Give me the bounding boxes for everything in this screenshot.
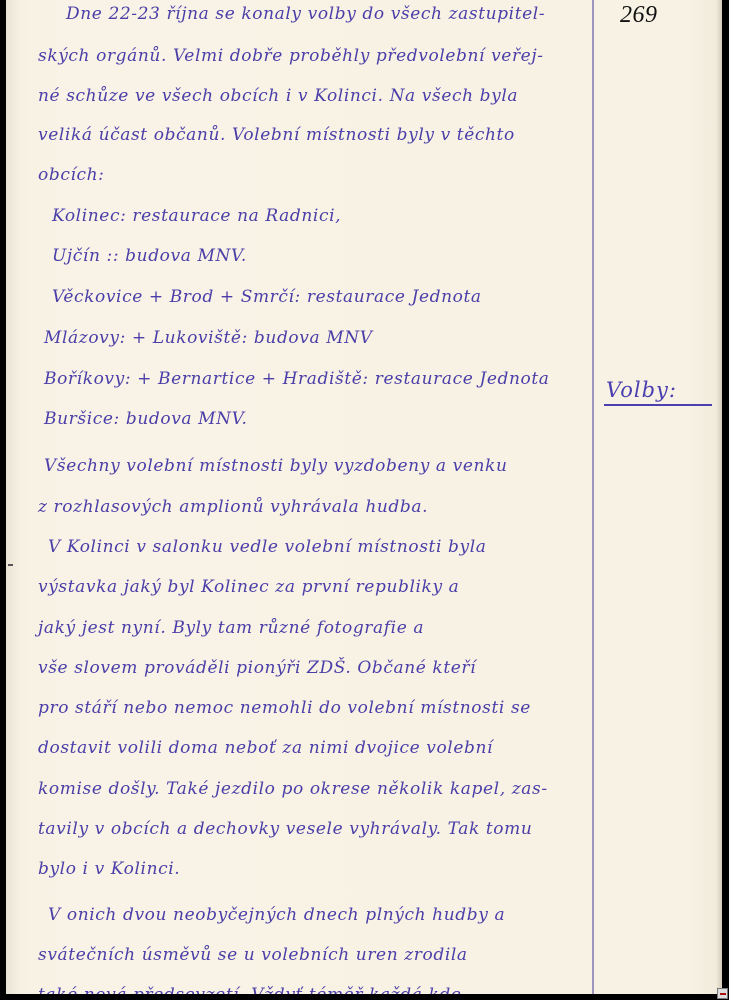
text-line: komise došly. Také jezdilo po okrese něk… (38, 779, 548, 799)
polling-location-line: Mlázovy: + Lukoviště: budova MNV (44, 328, 373, 348)
margin-note-text: Volby: (606, 378, 677, 402)
text-line: jaký jest nyní. Byly tam různé fotografi… (38, 618, 424, 638)
text-line: svátečních úsměvů se u volebních uren zr… (38, 945, 468, 965)
text-line: obcích: (38, 165, 104, 185)
minimize-bar (720, 993, 726, 995)
text-line: z rozhlasových amplionů vyhrávala hudba. (38, 497, 428, 517)
margin-note-volby: Volby: (606, 378, 716, 402)
polling-location-line: Věckovice + Brod + Smrčí: restaurace Jed… (52, 287, 482, 307)
text-line: Všechny volební místnosti byly vyzdobeny… (44, 456, 508, 476)
margin-note-underline (604, 404, 712, 406)
text-line: také nová předsevzetí. Vždyť téměř každá… (38, 985, 462, 994)
text-line: vše slovem prováděli pionýři ZDŠ. Občané… (38, 658, 476, 678)
stray-ink-mark (8, 564, 13, 566)
minimize-icon[interactable] (717, 988, 728, 999)
polling-location-line: Buršice: budova MNV. (44, 409, 248, 429)
text-line: né schůze ve všech obcích i v Kolinci. N… (38, 86, 518, 106)
text-line: bylo i v Kolinci. (38, 859, 180, 879)
text-line: pro stáří nebo nemoc nemohli do volební … (38, 698, 531, 718)
text-line: veliká účast občanů. Volební místnosti b… (38, 125, 515, 145)
chronicle-page: 269 Volby: Dne 22-23 října se konaly vol… (6, 0, 722, 994)
polling-location-line: Boříkovy: + Bernartice + Hradiště: resta… (44, 369, 550, 389)
page-number: 269 (620, 2, 658, 29)
text-line: výstavka jaký byl Kolinec za první repub… (38, 577, 459, 597)
page-edge-shadow (716, 0, 722, 994)
text-line: ských orgánů. Velmi dobře proběhly předv… (38, 46, 544, 66)
text-line: tavily v obcích a dechovky vesele vyhráv… (38, 819, 532, 839)
polling-location-line: Ujčín :: budova MNV. (52, 246, 247, 266)
text-line: dostavit volili doma neboť za nimi dvoji… (38, 738, 493, 758)
text-line: V Kolinci v salonku vedle volební místno… (48, 537, 487, 557)
polling-location-line: Kolinec: restaurace na Radnici, (52, 206, 341, 226)
margin-rule (592, 0, 594, 994)
text-line: V onich dvou neobyčejných dnech plných h… (48, 905, 505, 925)
text-line: Dne 22-23 října se konaly volby do všech… (66, 4, 545, 24)
